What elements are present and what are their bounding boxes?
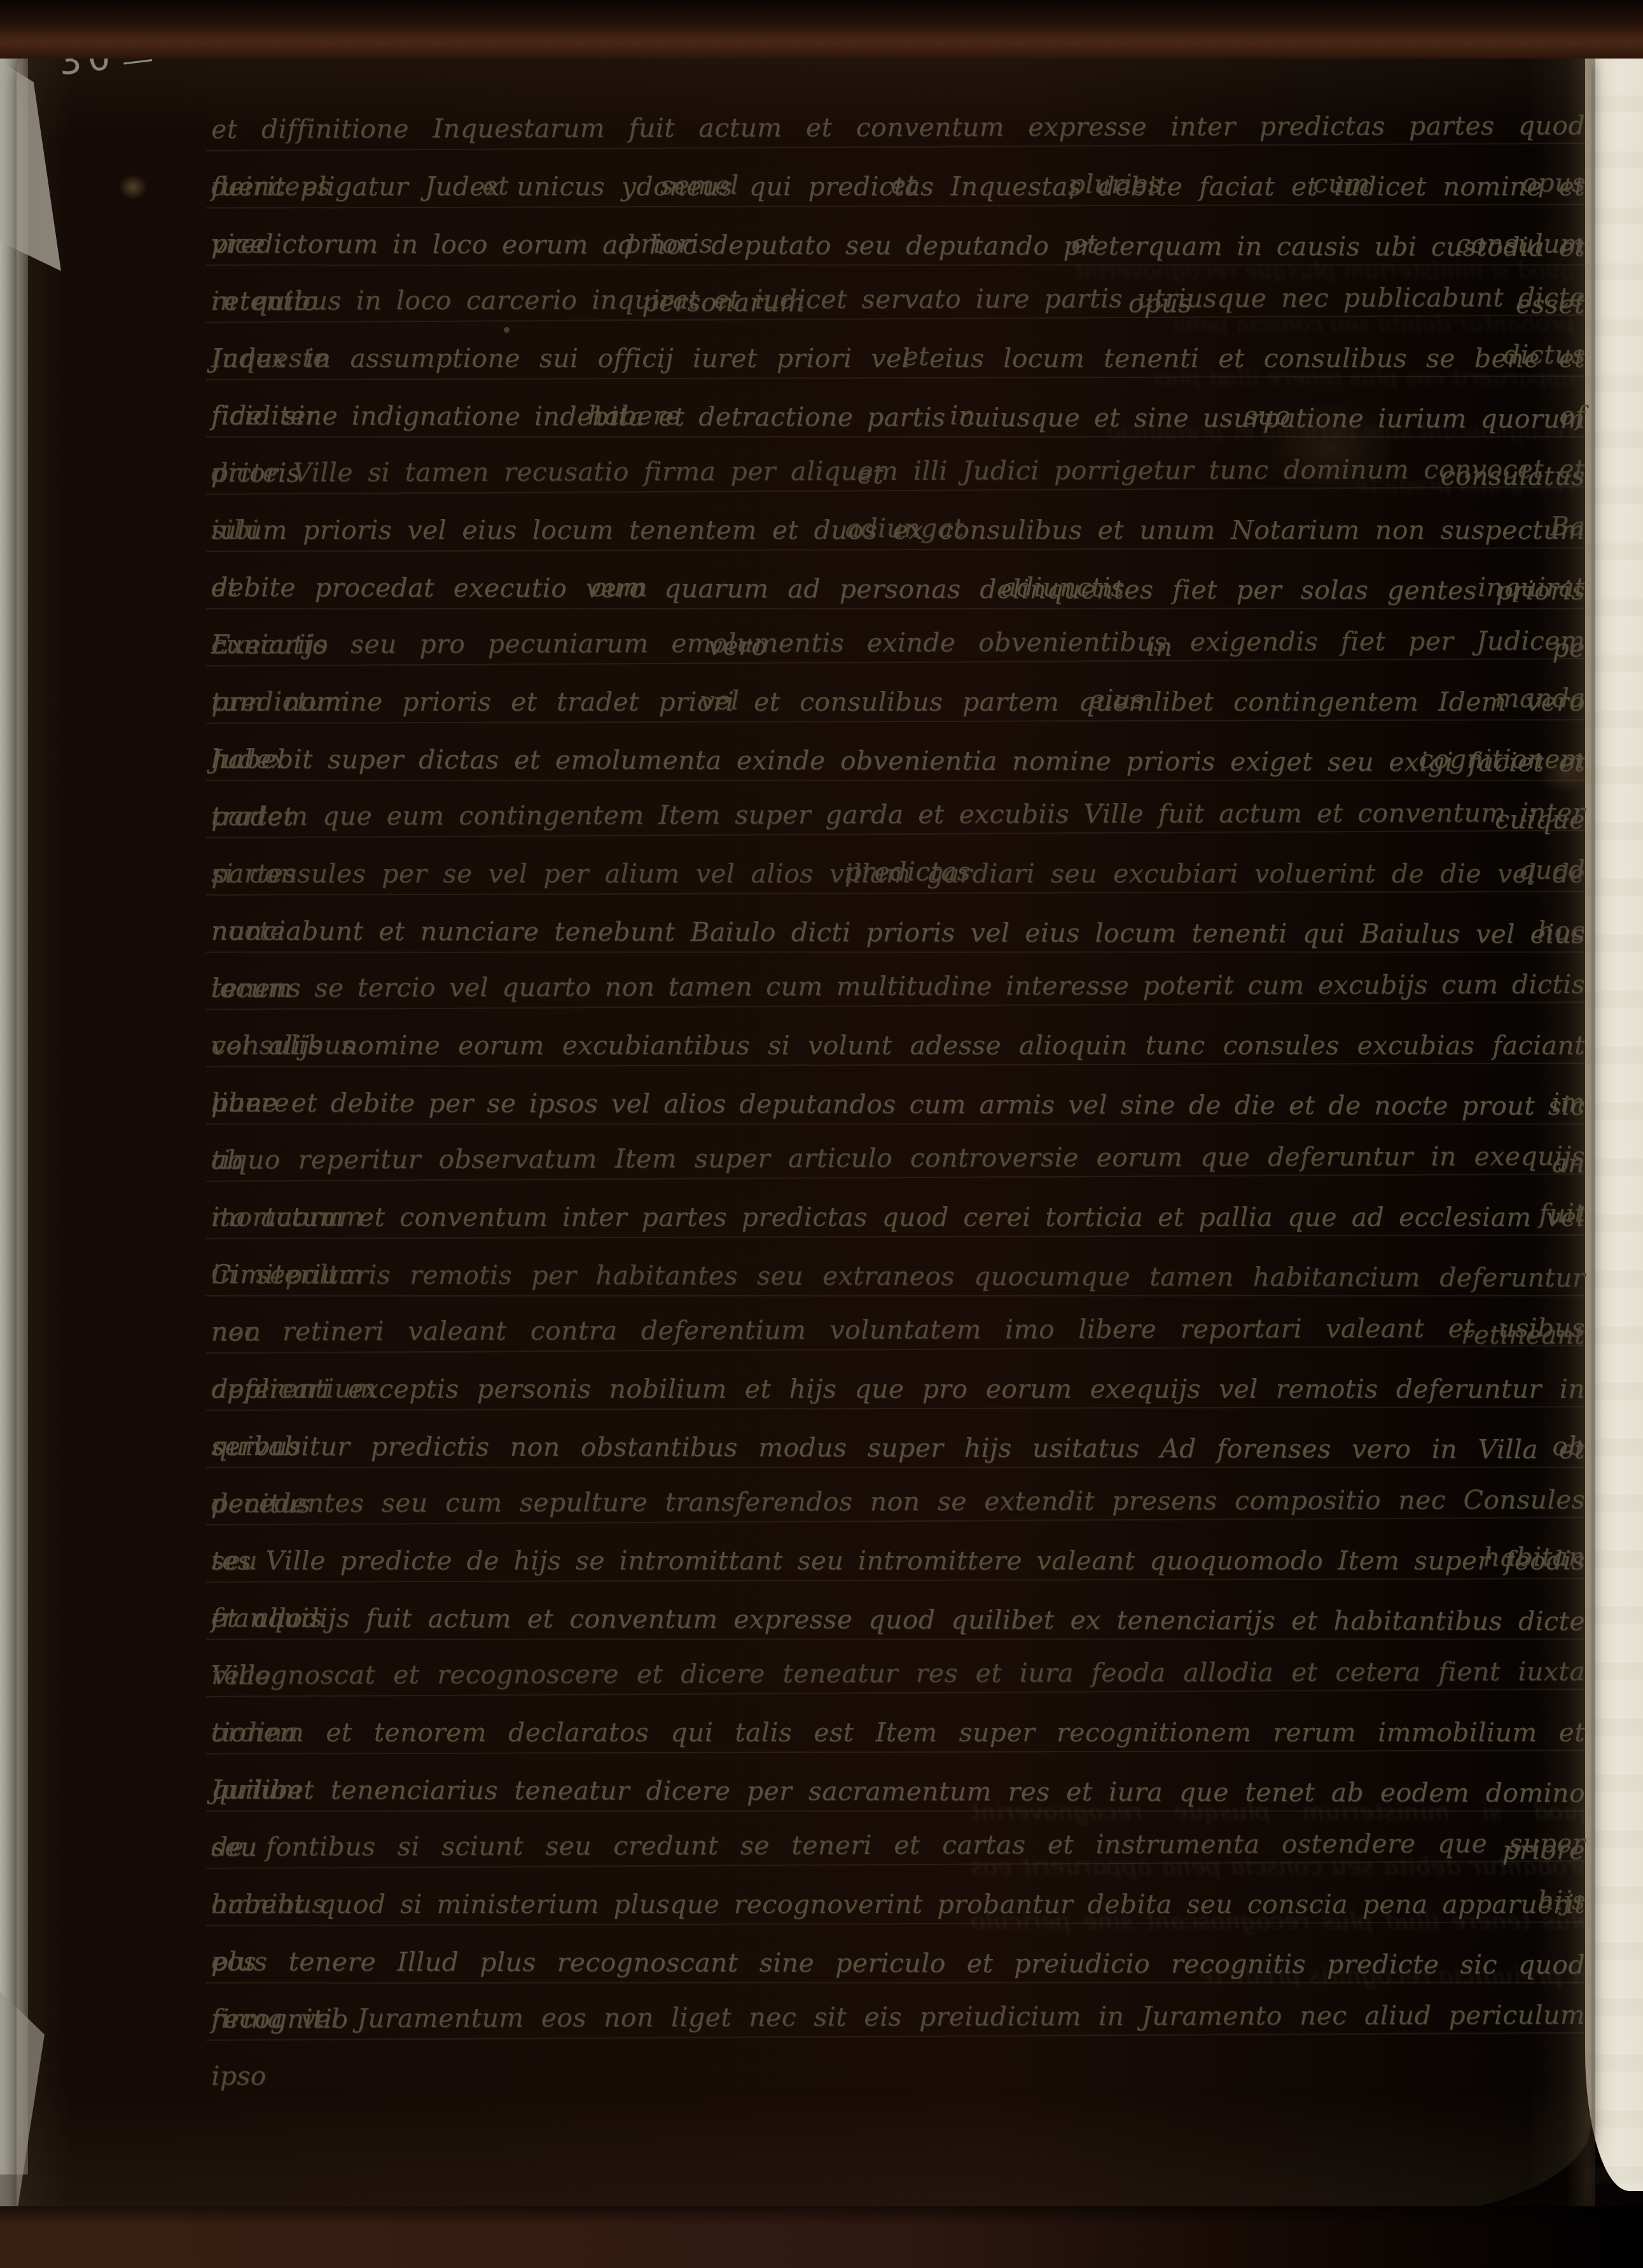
text-line: predictorum in loco eorum ad hoc deputat… — [211, 215, 1585, 275]
foxing-spot — [118, 174, 148, 200]
text-line: in quibus in loco carcerio inquirat et i… — [211, 268, 1585, 330]
text-line: tionem et tenorem declaratos qui talis e… — [211, 1704, 1585, 1761]
text-line: habent quod si ministerium plusque recog… — [211, 1875, 1585, 1933]
manuscript-scan: quod si ministerium plusque recognoverin… — [0, 0, 1643, 2268]
text-line: iulum prioris vel eius locum tenentem et… — [211, 501, 1585, 559]
text-line: dicte Ville si tamen recusatio firma per… — [211, 440, 1585, 501]
text-line: tenens se tercio vel quarto non tamen cu… — [211, 956, 1585, 1017]
text-line: quilibet tenenciarius teneatur dicere pe… — [211, 1761, 1585, 1821]
manuscript-text-block: et diffinitione Inquestarum fuit actum e… — [211, 101, 1585, 2047]
binding-bottom-edge — [0, 2206, 1643, 2268]
text-line: nec retineri valeant contra deferentium … — [211, 1299, 1585, 1360]
text-line: applicari exceptis personis nobilium et … — [211, 1360, 1585, 1417]
text-line: tum nomine prioris et tradet priori et c… — [211, 673, 1585, 730]
text-line: partem que eum contingentem Item super g… — [211, 784, 1585, 845]
text-line: debite procedat executio vero quarum ad … — [211, 559, 1585, 619]
text-line: si consules per se vel per alium vel ali… — [211, 845, 1585, 902]
text-line: de fontibus si sciunt seu credunt se ten… — [211, 1814, 1585, 1875]
binding-top-edge — [0, 0, 1643, 59]
text-line: nunciabunt et nunciare tenebunt Baiulo d… — [211, 902, 1585, 963]
text-line: tiquo reperitur observatum Item super ar… — [211, 1127, 1585, 1188]
text-line: cuniarijs seu pro pecuniarum emolumentis… — [211, 612, 1585, 673]
text-line: firma vel Juramentum eos non liget nec s… — [211, 1986, 1585, 2047]
text-line: ita actum et conventum inter partes pred… — [211, 1188, 1585, 1246]
text-line: Judex in assumptione sui officij iuret p… — [211, 330, 1585, 387]
text-line: tes Ville predicte de hijs se intromitta… — [211, 1532, 1585, 1589]
text-line: pune et debite per se ipsos vel alios de… — [211, 1074, 1585, 1134]
text-line: servabitur predictis non obstantibus mod… — [211, 1417, 1585, 1478]
text-line: vel alijs nomine eorum excubiantibus si … — [211, 1017, 1585, 1074]
text-line: in sepulturis remotis per habitantes seu… — [211, 1246, 1585, 1306]
text-line: recognoscat et recognoscere et dicere te… — [211, 1643, 1585, 1704]
text-line: et diffinitione Inquestarum fuit actum e… — [211, 97, 1585, 158]
text-line: et allodijs fuit actum et conventum expr… — [211, 1589, 1585, 1650]
text-line: decedentes seu cum sepulture transferend… — [211, 1471, 1585, 1532]
text-line: fuerit eligatur Judex unicus ydoneus qui… — [211, 158, 1585, 215]
text-line: ficio sine indignatione indebita et detr… — [211, 387, 1585, 447]
text-line: habebit super dictas et emolumenta exind… — [211, 730, 1585, 791]
text-line: plus tenere Illud plus recognoscant sine… — [211, 1933, 1585, 1993]
